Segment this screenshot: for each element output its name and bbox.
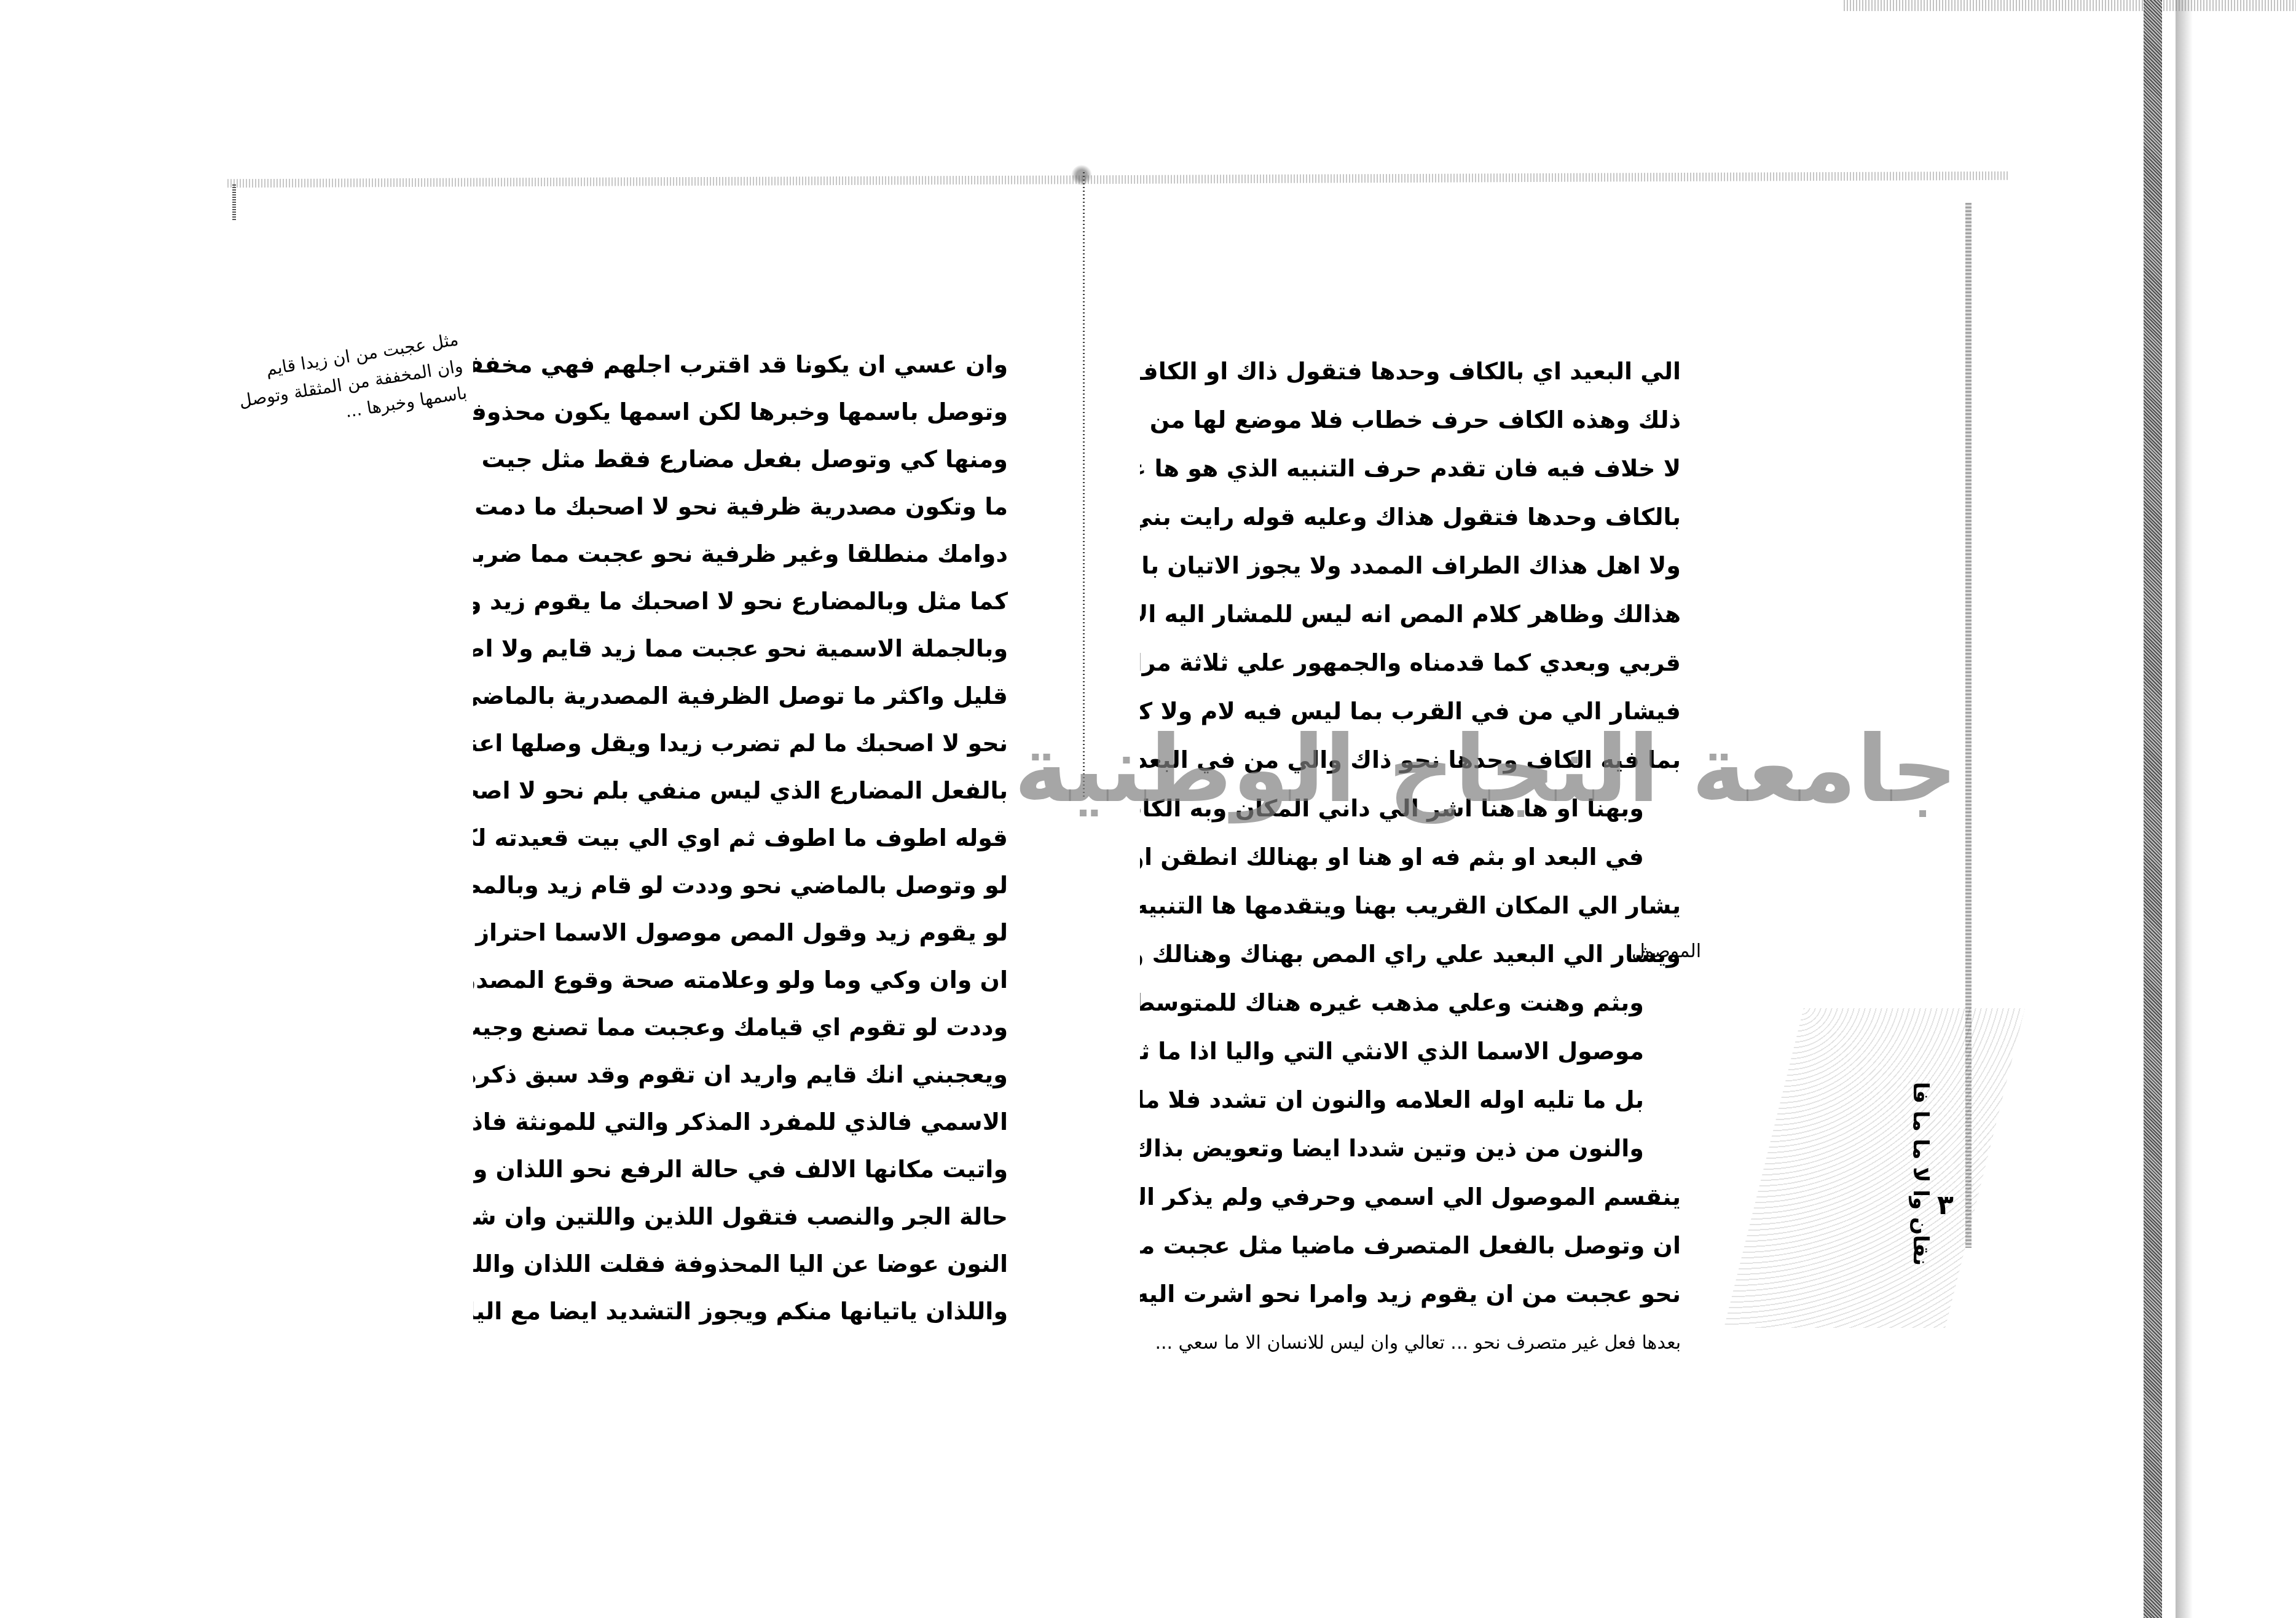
text-line: بعدها فعل غير متصرف نحو ... تعالي وان لي…: [1140, 1319, 1681, 1367]
text-line: قليل واكثر ما توصل الظرفية المصدرية بالم…: [473, 673, 1008, 720]
text-line: ذلك وهذه الكاف حرف خطاب فلا موضع لها من …: [1140, 396, 1681, 444]
scan-top-border: [1844, 0, 2296, 11]
verse-line: في البعد او بثم فه او هنا او بهنالك انطق…: [1140, 833, 1681, 882]
text-line: ومنها كي وتوصل بفعل مضارع فقط مثل جيت لك…: [473, 436, 1008, 483]
page-left-edge: [232, 184, 236, 221]
margin-heading-mawsul: الموصول: [1632, 941, 1701, 962]
text-line: لا خلاف فيه فان تقدم حرف التنبيه الذي هو…: [1140, 444, 1681, 493]
text-line: بالفعل المضارع الذي ليس منفي بلم نحو لا …: [473, 767, 1008, 815]
text-line: ان وان وكي وما ولو وعلامته صحة وقوع المص…: [473, 957, 1008, 1004]
page-top-edge: [227, 172, 2010, 188]
text-line: نحو عجبت من ان يقوم زيد وامرا نحو اشرت ا…: [1140, 1270, 1681, 1319]
text-line: كما مثل وبالمضارع نحو لا اصحبك ما يقوم ز…: [473, 578, 1008, 625]
gutter-stain: [1069, 163, 1094, 187]
manuscript-scan: مثل عجبت من ان زيدا قايم وان المخففة من …: [0, 0, 2296, 1618]
text-line: وان عسي ان يكونا قد اقترب اجلهم فهي مخفف…: [473, 341, 1008, 389]
fold-damage: [1724, 1008, 2025, 1328]
text-line: واتيت مكانها الالف في حالة الرفع نحو الل…: [473, 1146, 1008, 1193]
right-page-text: الي البعيد اي بالكاف وحدها فتقول ذاك او …: [1140, 347, 1681, 1367]
right-margin-text: نقان وا لا ما ما فا: [1908, 1082, 1933, 1266]
text-line: وبثم وهنت وعلي مذهب غيره هناك للمتوسط وم…: [1140, 979, 1681, 1027]
verse-line: موصول الاسما الذي الانثي التي واليا اذا …: [1140, 1027, 1681, 1076]
left-margin-note: مثل عجبت من ان زيدا قايم وان المخففة من …: [219, 326, 469, 443]
left-page-text: وان عسي ان يكونا قد اقترب اجلهم فهي مخفف…: [473, 341, 1008, 1335]
text-line: ينقسم الموصول الي اسمي وحرفي ولم يذكر ال…: [1140, 1173, 1681, 1221]
text-line: قوله اطوف ما اطوف ثم اوي الي بيت قعيدته …: [473, 815, 1008, 862]
verse-line: بل ما تليه اوله العلامه والنون ان تشدد ف…: [1140, 1076, 1681, 1124]
text-line: حالة الجر والنصب فتقول اللذين واللتين وا…: [473, 1193, 1008, 1241]
verse-line: والنون من ذين وتين شددا ايضا وتعويض بذاك…: [1140, 1124, 1681, 1173]
scan-right-shadow: [2176, 0, 2193, 1618]
book-gutter: [1083, 172, 1085, 799]
text-line: ويشار الي البعيد علي راي المص بهناك وهنا…: [1140, 930, 1681, 979]
text-line: ان وتوصل بالفعل المتصرف ماضيا مثل عجبت م…: [1140, 1221, 1681, 1270]
text-line: دوامك منطلقا وغير ظرفية نحو عجبت مما ضرب…: [473, 531, 1008, 578]
text-line: قربي وبعدي كما قدمناه والجمهور علي ثلاثة…: [1140, 639, 1681, 687]
folio-mark: ٣: [1937, 1190, 1954, 1221]
text-line: وتوصل باسمها وخبرها لكن اسمها يكون محذوف…: [473, 389, 1008, 436]
university-watermark: جامعة النجاح الوطنية: [1014, 716, 1957, 823]
text-line: نحو لا اصحبك ما لم تضرب زيدا ويقل وصلها …: [473, 720, 1008, 767]
text-line: لو وتوصل بالماضي نحو وددت لو قام زيد وبا…: [473, 862, 1008, 909]
text-line: وبالجملة الاسمية نحو عجبت مما زيد قايم و…: [473, 625, 1008, 673]
text-line: واللذان ياتيانها منكم ويجوز التشديد ايضا…: [473, 1288, 1008, 1335]
text-line: هذالك وظاهر كلام المص انه ليس للمشار الي…: [1140, 590, 1681, 639]
text-line: يشار الي المكان القريب بهنا ويتقدمها ها …: [1140, 882, 1681, 930]
text-line: ما وتكون مصدرية ظرفية نحو لا اصحبك ما دم…: [473, 483, 1008, 531]
scan-right-border: [2144, 0, 2162, 1618]
text-line: ولا اهل هذاك الطراف الممدد ولا يجوز الات…: [1140, 542, 1681, 590]
text-line: وددت لو تقوم اي قيامك وعجبت مما تصنع وجي…: [473, 1004, 1008, 1051]
text-line: ويعجبني انك قايم واريد ان تقوم وقد سبق ذ…: [473, 1051, 1008, 1099]
text-line: الاسمي فالذي للمفرد المذكر والتي للمونثة…: [473, 1099, 1008, 1146]
text-line: لو يقوم زيد وقول المص موصول الاسما احترا…: [473, 909, 1008, 957]
text-line: الي البعيد اي بالكاف وحدها فتقول ذاك او …: [1140, 347, 1681, 396]
text-line: النون عوضا عن اليا المحذوفة فقلت اللذان …: [473, 1241, 1008, 1288]
text-line: بالكاف وحدها فتقول هذاك وعليه قوله رايت …: [1140, 493, 1681, 542]
